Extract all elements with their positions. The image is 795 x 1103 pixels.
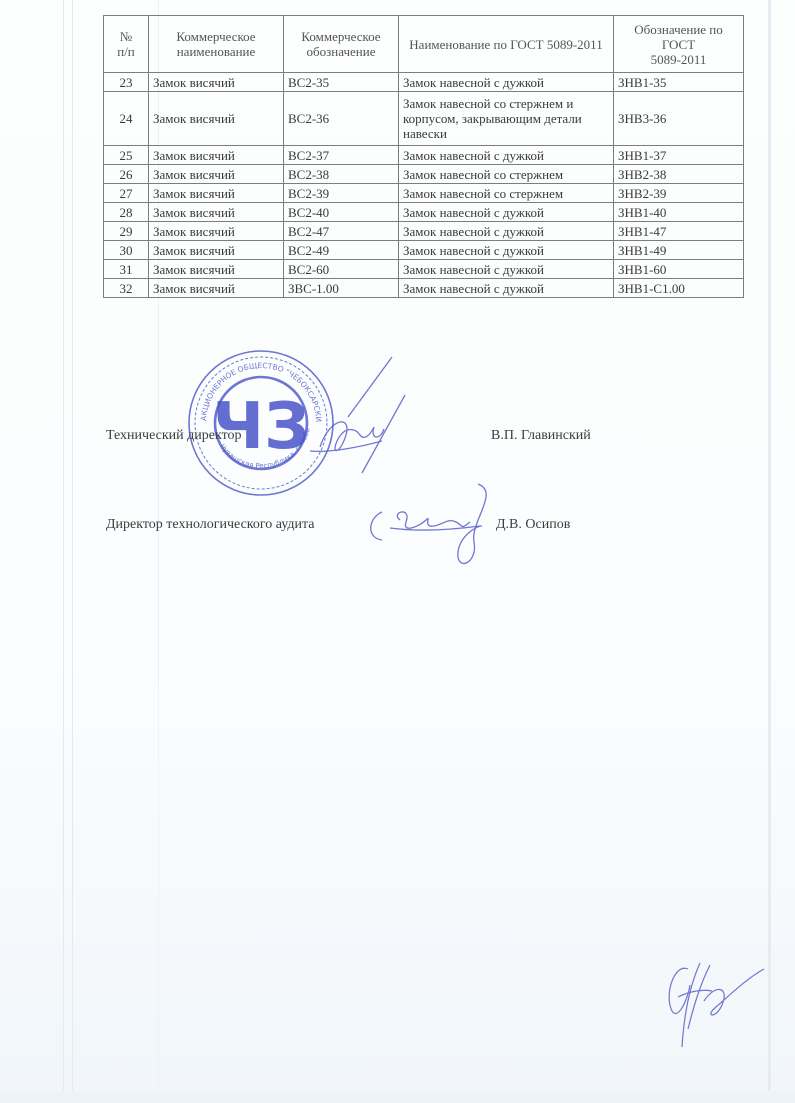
table-row: 32Замок висячийЗВС-1.00Замок навесной с … xyxy=(104,279,744,298)
gost-name-cell: Замок навесной со стержнем xyxy=(399,184,614,203)
lock-designation-table: № п/п Коммерческое наименование Коммерче… xyxy=(103,15,744,298)
gost-name-cell: Замок навесной со стержнем xyxy=(399,165,614,184)
audit-director-name: Д.В. Осипов xyxy=(496,517,570,533)
header-gost-code: Обозначение по ГОСТ 5089-2011 xyxy=(614,16,744,73)
gost-code-cell: ЗНВ2-39 xyxy=(614,184,744,203)
header-number: № п/п xyxy=(104,16,149,73)
commercial-code-cell: ВС2-49 xyxy=(284,241,399,260)
row-number: 24 xyxy=(104,92,149,146)
commercial-name-cell: Замок висячий xyxy=(149,92,284,146)
table-row: 24Замок висячийВС2-36Замок навесной со с… xyxy=(104,92,744,146)
gost-name-cell: Замок навесной с дужкой xyxy=(399,241,614,260)
row-number: 29 xyxy=(104,222,149,241)
table-row: 25Замок висячийВС2-37Замок навесной с ду… xyxy=(104,146,744,165)
table-row: 27Замок висячийВС2-39Замок навесной со с… xyxy=(104,184,744,203)
table-row: 29Замок висячийВС2-47Замок навесной с ду… xyxy=(104,222,744,241)
commercial-code-cell: ВС2-37 xyxy=(284,146,399,165)
gost-code-cell: ЗНВ1-49 xyxy=(614,241,744,260)
technical-director-name: В.П. Главинский xyxy=(491,428,591,444)
commercial-name-cell: Замок висячий xyxy=(149,279,284,298)
header-commercial-name: Коммерческое наименование xyxy=(149,16,284,73)
gost-code-cell: ЗНВ3-36 xyxy=(614,92,744,146)
commercial-code-cell: ВС2-39 xyxy=(284,184,399,203)
table-row: 28Замок висячийВС2-40Замок навесной с ду… xyxy=(104,203,744,222)
table-header-row: № п/п Коммерческое наименование Коммерче… xyxy=(104,16,744,73)
audit-director-signature xyxy=(360,482,500,572)
initials-signature xyxy=(660,955,770,1055)
gost-code-cell: ЗНВ1-60 xyxy=(614,260,744,279)
gost-name-cell: Замок навесной с дужкой xyxy=(399,260,614,279)
row-number: 31 xyxy=(104,260,149,279)
commercial-name-cell: Замок висячий xyxy=(149,146,284,165)
gost-code-cell: ЗНВ2-38 xyxy=(614,165,744,184)
commercial-code-cell: ВС2-40 xyxy=(284,203,399,222)
header-commercial-code: Коммерческое обозначение xyxy=(284,16,399,73)
gost-name-cell: Замок навесной с дужкой xyxy=(399,222,614,241)
audit-director-title: Директор технологического аудита xyxy=(106,517,315,533)
scan-bottom-edge xyxy=(0,1091,795,1103)
commercial-code-cell: ВС2-60 xyxy=(284,260,399,279)
gost-code-cell: ЗНВ1-40 xyxy=(614,203,744,222)
table-row: 31Замок висячийВС2-60Замок навесной с ду… xyxy=(104,260,744,279)
gost-code-cell: ЗНВ1-37 xyxy=(614,146,744,165)
commercial-name-cell: Замок висячий xyxy=(149,260,284,279)
row-number: 26 xyxy=(104,165,149,184)
stamp-logo: ЧЗ xyxy=(212,390,309,464)
row-number: 30 xyxy=(104,241,149,260)
commercial-code-cell: ВС2-35 xyxy=(284,73,399,92)
gost-code-cell: ЗНВ1-47 xyxy=(614,222,744,241)
gost-name-cell: Замок навесной со стержнем и корпусом, з… xyxy=(399,92,614,146)
row-number: 25 xyxy=(104,146,149,165)
commercial-code-cell: ЗВС-1.00 xyxy=(284,279,399,298)
commercial-name-cell: Замок висячий xyxy=(149,203,284,222)
table-row: 26Замок висячийВС2-38Замок навесной со с… xyxy=(104,165,744,184)
commercial-name-cell: Замок висячий xyxy=(149,73,284,92)
row-number: 28 xyxy=(104,203,149,222)
technical-director-title: Технический директор xyxy=(106,428,242,444)
row-number: 27 xyxy=(104,184,149,203)
commercial-code-cell: ВС2-47 xyxy=(284,222,399,241)
gost-name-cell: Замок навесной с дужкой xyxy=(399,203,614,222)
table-row: 23Замок висячийВС2-35Замок навесной с ду… xyxy=(104,73,744,92)
scan-artifact-line xyxy=(72,0,73,1103)
commercial-name-cell: Замок висячий xyxy=(149,184,284,203)
technical-director-signature xyxy=(300,355,410,485)
commercial-name-cell: Замок висячий xyxy=(149,241,284,260)
row-number: 32 xyxy=(104,279,149,298)
commercial-name-cell: Замок висячий xyxy=(149,222,284,241)
gost-name-cell: Замок навесной с дужкой xyxy=(399,146,614,165)
header-gost-name: Наименование по ГОСТ 5089-2011 xyxy=(399,16,614,73)
scan-artifact-line xyxy=(768,0,771,1103)
commercial-code-cell: ВС2-38 xyxy=(284,165,399,184)
gost-name-cell: Замок навесной с дужкой xyxy=(399,73,614,92)
row-number: 23 xyxy=(104,73,149,92)
commercial-name-cell: Замок висячий xyxy=(149,165,284,184)
gost-name-cell: Замок навесной с дужкой xyxy=(399,279,614,298)
commercial-code-cell: ВС2-36 xyxy=(284,92,399,146)
table-row: 30Замок висячийВС2-49Замок навесной с ду… xyxy=(104,241,744,260)
gost-code-cell: ЗНВ1-35 xyxy=(614,73,744,92)
scan-artifact-line xyxy=(63,0,64,1103)
gost-code-cell: ЗНВ1-С1.00 xyxy=(614,279,744,298)
